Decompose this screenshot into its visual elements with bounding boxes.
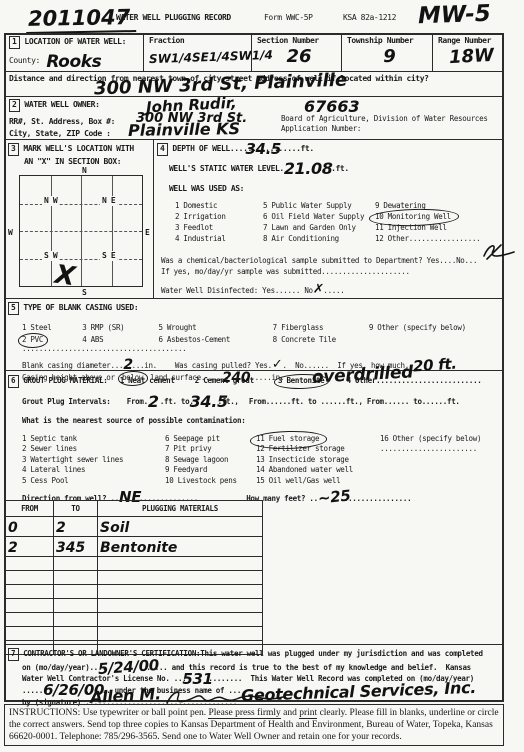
used-option[interactable]: 5 Public Water Supply	[263, 201, 375, 211]
section-1-title: LOCATION OF WATER WELL:	[24, 37, 126, 46]
section-1-location-row: 1LOCATION OF WATER WELL: County: Rooks F…	[4, 33, 504, 72]
section-1-number: 1	[9, 36, 20, 49]
instructions-box: INSTRUCTIONS: Use typewriter or ball poi…	[4, 704, 504, 746]
section-4-depth-panel: 4DEPTH OF WELL....34.5............ft. WE…	[153, 140, 504, 299]
grout-option[interactable]: 2 Cement grout	[179, 376, 254, 385]
section-number-value[interactable]: 26	[257, 46, 341, 67]
city-label: City, State, ZIP Code :	[9, 129, 504, 139]
sample-if-yes-line: If yes, mo/day/yr sample was submitted..…	[153, 265, 504, 277]
used-option[interactable]: 12 Other.................	[375, 234, 480, 243]
table-header-from: FROM	[6, 501, 54, 517]
grout-intervals-label: Grout Plug Intervals:	[22, 397, 111, 406]
contamination-question: What is the nearest source of possible c…	[22, 416, 504, 426]
section-7-number: 7	[8, 648, 19, 661]
township-number-label: Township Number	[347, 36, 432, 46]
casing-option[interactable]: 7 Fiberglass	[273, 323, 365, 333]
range-number-label: Range Number	[438, 36, 504, 46]
contam-option[interactable]: 9 Feedyard	[165, 465, 237, 476]
fraction-value[interactable]: SW1/4SE1/4SW1/4	[149, 46, 251, 65]
depth-of-well-label: DEPTH OF WELL....	[172, 144, 247, 153]
plugging-materials-table: FROM TO PLUGGING MATERIALS 02Soil 2345Be…	[5, 500, 263, 655]
section-6-number: 6	[8, 375, 19, 388]
casing-option[interactable]: 4 ABS	[82, 335, 154, 345]
contam-option[interactable]: 4 Lateral lines	[22, 465, 123, 476]
section-number-label: Section Number	[257, 36, 341, 46]
section-5-casing-row: 5TYPE OF BLANK CASING USED: 1 Steel 3 RM…	[4, 299, 504, 371]
static-water-level-label: WELL'S STATIC WATER LEVEL.	[169, 164, 284, 173]
section-location-grid[interactable]: N W N E S W S E X	[19, 175, 143, 287]
used-option[interactable]: 1 Domestic	[175, 201, 263, 211]
table-row[interactable]	[6, 557, 263, 571]
township-number-value[interactable]: 9	[347, 46, 432, 67]
section-5-number: 5	[8, 302, 19, 315]
statute-ref: KSA 82a-1212	[343, 13, 396, 23]
disinfected-line: Water Well Disinfected: Yes...... No✗...…	[153, 277, 504, 296]
table-row[interactable]	[6, 571, 263, 585]
circled-pvc[interactable]: 2 PVC	[22, 335, 43, 345]
owner-city-value[interactable]: Plainville KS	[128, 120, 240, 139]
table-row[interactable]: 02Soil	[6, 517, 263, 537]
contam-option[interactable]: 3 Watertight sewer lines	[22, 455, 123, 466]
casing-option[interactable]: 5 Wrought	[158, 323, 268, 333]
board-of-agriculture-label: Board of Agriculture, Division of Water …	[281, 114, 501, 124]
section-3-title-line1: MARK WELL'S LOCATION WITH	[23, 144, 133, 153]
owner-label: WATER WELL OWNER:	[24, 100, 99, 109]
section-3-title-line2: AN "X" IN SECTION BOX:	[4, 156, 153, 167]
contam-option[interactable]: 14 Abandoned water well	[256, 465, 353, 476]
grid-ne-label: N E	[100, 196, 117, 206]
compass-w-label: W	[8, 228, 12, 238]
distance-row: Distance and direction from nearest town…	[4, 72, 504, 97]
contam-option[interactable]: 7 Pit privy	[165, 444, 237, 455]
well-location-x-mark: X	[53, 260, 77, 292]
section-3-number: 3	[8, 143, 19, 156]
contam-option[interactable]: 5 Cess Pool	[22, 476, 123, 487]
contam-option[interactable]: 16 Other (specify below)	[380, 434, 481, 445]
contam-option[interactable]: 6 Seepage pit	[165, 434, 237, 445]
casing-option[interactable]: 9 Other (specify below)	[369, 323, 466, 332]
contam-option[interactable]: 1 Septic tank	[22, 434, 123, 445]
table-row[interactable]	[6, 585, 263, 599]
grout-option[interactable]: 1 Neat cement	[112, 376, 175, 385]
section-6-title: GROUT PLUG MATERIAL:	[23, 376, 107, 385]
compass-s-label: S	[82, 288, 86, 298]
scanned-form-page: 2011047 WATER WELL PLUGGING RECORD Form …	[0, 0, 524, 752]
table-row[interactable]	[6, 599, 263, 613]
casing-option[interactable]: 3 RMP (SR)	[82, 323, 154, 333]
casing-pulled-label: Was casing pulled? Yes.	[157, 361, 272, 370]
application-number-label: Application Number:	[281, 124, 361, 134]
contamination-list: 1 Septic tank 2 Sewer lines 3 Watertight…	[8, 434, 504, 486]
section-5-title: TYPE OF BLANK CASING USED:	[23, 303, 138, 312]
table-header-materials: PLUGGING MATERIALS	[98, 501, 263, 517]
used-option[interactable]: 7 Lawn and Garden Only	[263, 223, 375, 233]
used-option[interactable]: 3 Feedlot	[175, 223, 263, 233]
section-2-number: 2	[9, 99, 20, 112]
well-id-handwritten: MW-5	[418, 1, 492, 30]
section-2-owner-row: 2WATER WELL OWNER: RR#, St. Address, Box…	[4, 97, 504, 140]
used-option[interactable]: 8 Air Conditioning	[263, 234, 375, 244]
county-label: County:	[9, 56, 40, 65]
grout-option[interactable]: 4 Other.........................	[329, 376, 482, 385]
form-number: Form WWC-5P	[264, 13, 313, 23]
casing-pulled-yes-mark[interactable]: ✓	[272, 357, 283, 372]
compass-e-label: E	[145, 228, 149, 238]
casing-option[interactable]: 1 Steel	[22, 323, 78, 333]
contam-option[interactable]: 13 Insecticide storage	[256, 455, 353, 466]
section-6-grout-row: 6GROUT PLUG MATERIAL: 1 Neat cement 2 Ce…	[4, 371, 504, 499]
table-row[interactable]	[6, 613, 263, 627]
circled-bentonite[interactable]: 3 Bentonite	[278, 376, 324, 386]
section-3-map-panel: 3MARK WELL'S LOCATION WITH AN "X" IN SEC…	[4, 140, 154, 299]
grid-nw-label: N W	[42, 196, 59, 206]
sample-no-mark	[481, 242, 515, 262]
print-underlined: print	[299, 708, 317, 719]
circled-monitoring-well[interactable]: 10 Monitoring Well	[375, 212, 451, 222]
contam-option[interactable]: 10 Livestock pens	[165, 476, 237, 487]
certification-line1: CONTRACTOR'S OR LANDOWNER'S CERTIFICATIO…	[23, 649, 482, 658]
section-4-number: 4	[157, 143, 168, 156]
fraction-label: Fraction	[149, 36, 251, 46]
casing-option[interactable]: 6 Asbestos-Cement	[158, 335, 268, 345]
casing-diameter-label: Blank casing diameter....	[22, 361, 127, 370]
sample-question-line: Was a chemical/bacteriological sample su…	[153, 244, 504, 266]
grid-se-label: S E	[100, 251, 117, 261]
used-option[interactable]: 6 Oil Field Water Supply	[263, 212, 375, 222]
disinfected-no-mark[interactable]: ✗	[312, 284, 324, 295]
table-row[interactable]	[6, 627, 263, 641]
table-header-to: TO	[54, 501, 98, 517]
casing-option[interactable]: 8 Concrete Tile	[273, 335, 365, 345]
section-7-certification-row: 7CONTRACTOR'S OR LANDOWNER'S CERTIFICATI…	[4, 644, 504, 702]
press-firmly-underlined: Please press firmly	[208, 708, 280, 719]
well-used-as-list: 1 Domestic5 Public Water Supply9 Dewater…	[153, 194, 504, 244]
form-title: WATER WELL PLUGGING RECORD	[116, 13, 231, 23]
used-option[interactable]: 4 Industrial	[175, 234, 263, 244]
contam-option[interactable]: 15 Oil well/Gas well	[256, 476, 353, 487]
distance-value[interactable]: 300 NW 3rd St, Plainville	[94, 74, 347, 95]
range-number-value[interactable]: 18W	[438, 46, 504, 67]
contam-option[interactable]: 2 Sewer lines	[22, 444, 123, 455]
used-option[interactable]: 2 Irrigation	[175, 212, 263, 222]
circled-fuel-storage[interactable]: 11 Fuel storage	[256, 434, 319, 445]
table-row[interactable]: 2345Bentonite	[6, 537, 263, 557]
section-3-4-row: 3MARK WELL'S LOCATION WITH AN "X" IN SEC…	[4, 140, 504, 299]
contam-option[interactable]: 8 Sewage lagoon	[165, 455, 237, 466]
